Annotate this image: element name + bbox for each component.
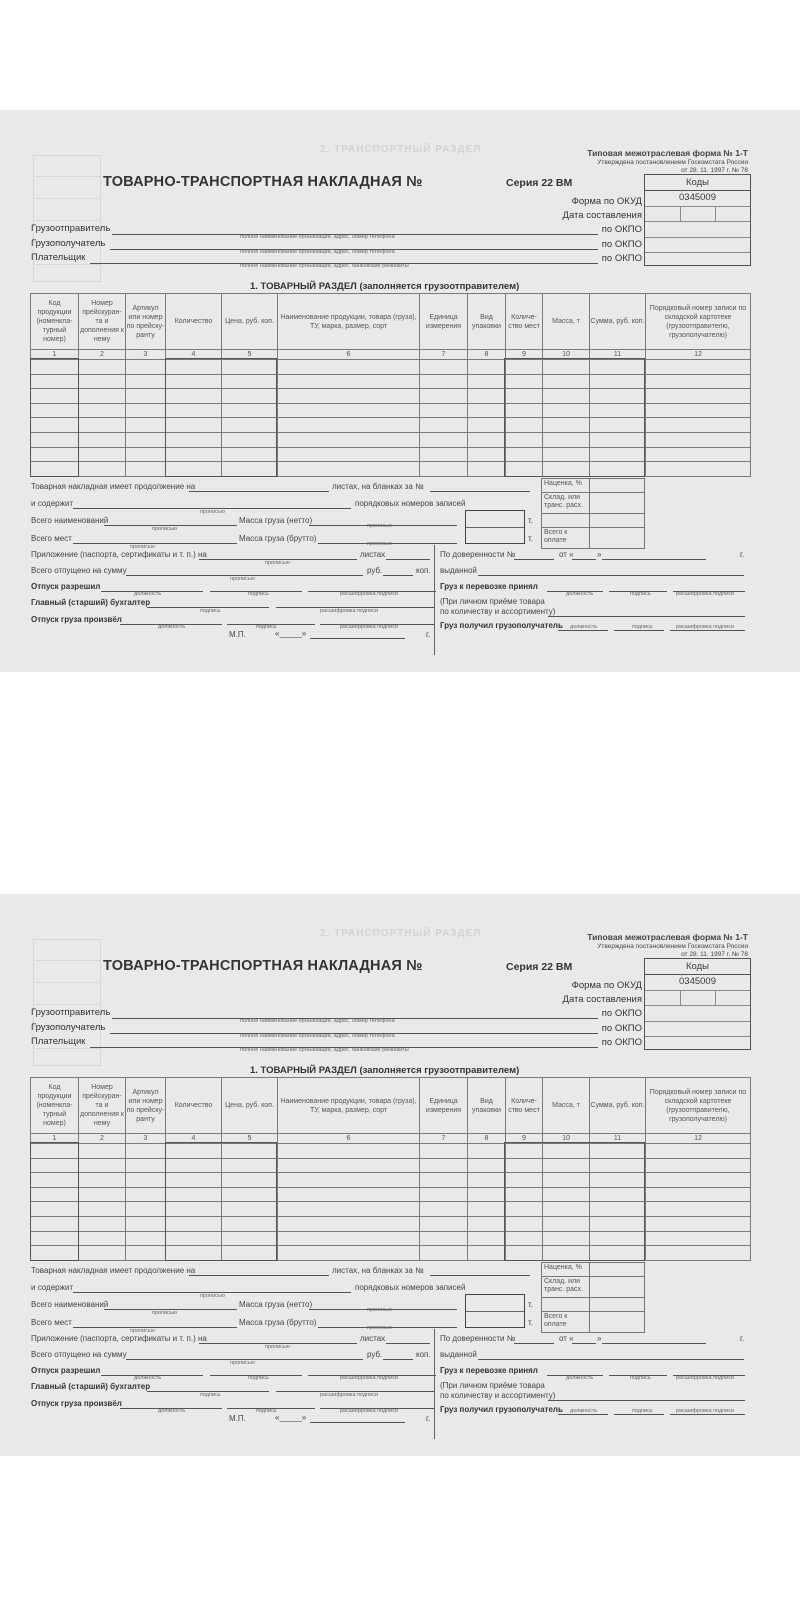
blank-number-field[interactable] [430, 491, 530, 492]
table-cell[interactable] [646, 1158, 751, 1173]
position-hint-1: должность [134, 1375, 161, 1381]
position-hint-3: должность [158, 1408, 185, 1414]
poa-day-field[interactable] [572, 559, 596, 560]
table-cell[interactable] [79, 389, 126, 404]
table-cell[interactable] [468, 432, 506, 447]
table-cell[interactable] [31, 1144, 79, 1159]
warehouse-field[interactable] [590, 493, 645, 514]
table-cell[interactable] [166, 418, 222, 433]
table-cell[interactable] [222, 462, 278, 477]
okpo-payer-field[interactable] [645, 253, 750, 268]
in-words-hint-5: прописью [367, 1325, 392, 1331]
table-cell[interactable] [420, 1216, 468, 1231]
date-code-field[interactable] [645, 991, 750, 1007]
okpo-consignee-field[interactable] [645, 1022, 750, 1038]
poa-day-field[interactable] [572, 1343, 596, 1344]
table-cell[interactable] [222, 418, 278, 433]
total-places-field[interactable] [73, 1327, 237, 1328]
table-cell[interactable] [646, 1216, 751, 1231]
table-cell[interactable] [126, 418, 166, 433]
decode-hint-3: расшифровка подписи [340, 1408, 398, 1414]
received-signature-field[interactable] [614, 630, 664, 631]
column-header: Цена, руб. коп. [222, 1078, 278, 1134]
table-cell[interactable] [590, 462, 646, 477]
table-cell[interactable] [543, 403, 590, 418]
column-number: 11 [590, 350, 646, 360]
table-cell[interactable] [646, 432, 751, 447]
kop-field[interactable] [383, 1359, 413, 1360]
table-cell[interactable] [31, 389, 79, 404]
table-cell[interactable] [31, 1246, 79, 1261]
table-cell[interactable] [646, 447, 751, 462]
okpo-label-2: по ОКПО [602, 1023, 642, 1034]
table-cell[interactable] [646, 389, 751, 404]
column-number: 8 [468, 1134, 506, 1144]
table-cell[interactable] [543, 1187, 590, 1202]
table-cell[interactable] [506, 447, 543, 462]
table-cell[interactable] [590, 360, 646, 375]
table-cell[interactable] [420, 1231, 468, 1246]
table-cell[interactable] [590, 1231, 646, 1246]
decode-hint-1: расшифровка подписи [340, 1375, 398, 1381]
table-cell[interactable] [543, 1216, 590, 1231]
column-header: Код продукции (номенкла-турный номер) [31, 1078, 79, 1134]
column-number: 7 [420, 1134, 468, 1144]
mass-box[interactable] [465, 1294, 525, 1328]
table-cell[interactable] [126, 403, 166, 418]
table-cell[interactable] [166, 462, 222, 477]
column-header: Вид упаковки [468, 1078, 506, 1134]
table-cell[interactable] [79, 432, 126, 447]
table-cell[interactable] [506, 374, 543, 389]
okpo-consignee-field[interactable] [645, 238, 750, 254]
personal-receipt-line-1: (При личном приёме товара [440, 1381, 545, 1390]
table-cell[interactable] [646, 360, 751, 375]
table-cell[interactable] [590, 1246, 646, 1261]
table-row [31, 1187, 751, 1202]
table-cell[interactable] [468, 360, 506, 375]
table-cell[interactable] [126, 1173, 166, 1188]
table-cell[interactable] [506, 418, 543, 433]
table-cell[interactable] [166, 1173, 222, 1188]
poa-label: По доверенности № [440, 550, 515, 559]
table-cell[interactable] [278, 1246, 420, 1261]
table-cell[interactable] [222, 389, 278, 404]
table-cell[interactable] [543, 1202, 590, 1217]
total-places-field[interactable] [73, 543, 237, 544]
table-cell[interactable] [646, 1246, 751, 1261]
table-cell[interactable] [590, 1144, 646, 1159]
table-cell[interactable] [468, 403, 506, 418]
table-cell[interactable] [646, 462, 751, 477]
table-cell[interactable] [278, 389, 420, 404]
received-decode-field[interactable] [670, 630, 745, 631]
table-cell[interactable] [79, 1187, 126, 1202]
table-cell[interactable] [543, 1173, 590, 1188]
table-cell[interactable] [31, 1158, 79, 1173]
table-row [31, 447, 751, 462]
warehouse-field[interactable] [590, 1277, 645, 1298]
continuation-sheets-field[interactable] [189, 1275, 329, 1276]
poa-year-label: г. [740, 1334, 744, 1343]
table-cell[interactable] [126, 1187, 166, 1202]
table-cell[interactable] [222, 1231, 278, 1246]
table-cell[interactable] [166, 447, 222, 462]
table-cell[interactable] [506, 403, 543, 418]
table-cell[interactable] [590, 1173, 646, 1188]
table-row [31, 418, 751, 433]
total-pay-field[interactable] [590, 1312, 645, 1333]
table-cell[interactable] [543, 447, 590, 462]
table-cell[interactable] [506, 1202, 543, 1217]
table-row [31, 1246, 751, 1261]
table-cell[interactable] [166, 432, 222, 447]
table-cell[interactable] [506, 1231, 543, 1246]
table-cell[interactable] [79, 462, 126, 477]
table-cell[interactable] [278, 418, 420, 433]
table-cell[interactable] [468, 447, 506, 462]
stamp-date-day[interactable]: «_____» [275, 629, 306, 638]
table-cell[interactable] [278, 374, 420, 389]
table-cell[interactable] [420, 360, 468, 375]
personal-receipt-field[interactable] [548, 616, 745, 617]
table-cell[interactable] [166, 1187, 222, 1202]
table-cell[interactable] [506, 1187, 543, 1202]
table-cell[interactable] [468, 389, 506, 404]
blank-number-field[interactable] [430, 1275, 530, 1276]
table-cell[interactable] [79, 1202, 126, 1217]
table-cell[interactable] [79, 1231, 126, 1246]
table-cell[interactable] [468, 462, 506, 477]
table-cell[interactable] [468, 1187, 506, 1202]
poa-from-label: от « [559, 1334, 574, 1343]
table-cell[interactable] [166, 360, 222, 375]
table-cell[interactable] [222, 447, 278, 462]
table-cell[interactable] [506, 389, 543, 404]
payer-label: Плательщик [31, 252, 85, 263]
table-cell[interactable] [646, 1173, 751, 1188]
table-cell[interactable] [590, 374, 646, 389]
table-cell[interactable] [126, 1231, 166, 1246]
okpo-label-1: по ОКПО [602, 1008, 642, 1019]
table-cell[interactable] [506, 1173, 543, 1188]
table-cell[interactable] [222, 1187, 278, 1202]
in-words-hint-6: прописью [265, 1344, 290, 1350]
table-cell[interactable] [166, 374, 222, 389]
table-cell[interactable] [222, 1216, 278, 1231]
table-cell[interactable] [506, 1158, 543, 1173]
table-cell[interactable] [126, 1144, 166, 1159]
table-cell[interactable] [590, 403, 646, 418]
table-cell[interactable] [79, 1158, 126, 1173]
table-cell[interactable] [506, 432, 543, 447]
consignee-label: Грузополучатель [31, 1022, 105, 1033]
column-number: 6 [278, 1134, 420, 1144]
table-cell[interactable] [31, 1202, 79, 1217]
table-cell[interactable] [126, 389, 166, 404]
table-cell[interactable] [166, 1216, 222, 1231]
table-cell[interactable] [79, 1144, 126, 1159]
table-cell[interactable] [222, 1173, 278, 1188]
attachment-label: Приложение (паспорта, сертификаты и т. п… [31, 1334, 207, 1343]
vertical-divider [434, 1329, 435, 1439]
column-number: 7 [420, 350, 468, 360]
table-cell[interactable] [126, 462, 166, 477]
poa-date-field[interactable] [602, 1343, 706, 1344]
decode-hint-2: расшифровка подписи [320, 1392, 378, 1398]
table-cell[interactable] [278, 360, 420, 375]
table-cell[interactable] [590, 1202, 646, 1217]
issued-field[interactable] [478, 575, 744, 576]
table-cell[interactable] [590, 1216, 646, 1231]
records-label: порядковых номеров записей [355, 499, 465, 508]
table-cell[interactable] [278, 403, 420, 418]
total-sum-label: Всего отпущено на сумму [31, 1350, 127, 1359]
column-number: 4 [166, 1134, 222, 1144]
attachment-sheets-field[interactable] [386, 559, 430, 560]
table-cell[interactable] [543, 1231, 590, 1246]
table-cell[interactable] [646, 374, 751, 389]
table-cell[interactable] [222, 1158, 278, 1173]
table-cell[interactable] [126, 1246, 166, 1261]
table-cell[interactable] [31, 1216, 79, 1231]
table-cell[interactable] [420, 1246, 468, 1261]
table-cell[interactable] [31, 403, 79, 418]
table-cell[interactable] [31, 374, 79, 389]
shipper-label: Грузоотправитель [31, 1007, 110, 1018]
table-cell[interactable] [646, 1231, 751, 1246]
column-header: Порядковый номер записи по складской кар… [646, 1078, 751, 1134]
stamp-date-field[interactable] [310, 1422, 405, 1423]
table-cell[interactable] [506, 462, 543, 477]
table-cell[interactable] [126, 432, 166, 447]
kop-field[interactable] [383, 575, 413, 576]
personal-receipt-field[interactable] [548, 1400, 745, 1401]
table-cell[interactable] [31, 360, 79, 375]
table-cell[interactable] [543, 389, 590, 404]
date-code-field[interactable] [645, 207, 750, 223]
table-cell[interactable] [278, 1216, 420, 1231]
table-cell[interactable] [590, 1158, 646, 1173]
total-pay-field[interactable] [590, 528, 645, 549]
issued-field[interactable] [478, 1359, 744, 1360]
table-cell[interactable] [166, 1246, 222, 1261]
table-cell[interactable] [420, 432, 468, 447]
table-cell[interactable] [166, 389, 222, 404]
table-cell[interactable] [543, 418, 590, 433]
table-cell[interactable] [506, 1216, 543, 1231]
table-cell[interactable] [468, 1216, 506, 1231]
table-cell[interactable] [543, 1246, 590, 1261]
markup-field[interactable] [590, 479, 645, 493]
column-number: 12 [646, 350, 751, 360]
table-cell[interactable] [222, 374, 278, 389]
column-number: 1 [31, 350, 79, 360]
table-cell[interactable] [590, 389, 646, 404]
table-cell[interactable] [543, 1144, 590, 1159]
table-cell[interactable] [126, 1158, 166, 1173]
okpo-shipper-field[interactable] [645, 222, 750, 238]
table-cell[interactable] [506, 1144, 543, 1159]
poa-date-field[interactable] [602, 559, 706, 560]
goods-table: Код продукции (номенкла-турный номер)Ном… [30, 1077, 751, 1261]
ton-label-1: т. [528, 1300, 533, 1309]
table-cell[interactable] [646, 403, 751, 418]
table-cell[interactable] [420, 1173, 468, 1188]
table-cell[interactable] [126, 1202, 166, 1217]
consignee-label: Грузополучатель [31, 238, 105, 249]
mass-net-label: Масса груза (нетто) [239, 516, 312, 525]
okpo-payer-field[interactable] [645, 1037, 750, 1052]
table-cell[interactable] [590, 418, 646, 433]
table-cell[interactable] [468, 418, 506, 433]
table-cell[interactable] [468, 374, 506, 389]
table-cell[interactable] [468, 1231, 506, 1246]
okud-code-field[interactable]: 0345009 [645, 975, 750, 991]
table-cell[interactable] [543, 360, 590, 375]
table-cell[interactable] [646, 1144, 751, 1159]
table-cell[interactable] [420, 418, 468, 433]
table-cell[interactable] [79, 360, 126, 375]
table-cell[interactable] [468, 1246, 506, 1261]
table-cell[interactable] [420, 1187, 468, 1202]
table-cell[interactable] [31, 1187, 79, 1202]
table-cell[interactable] [590, 432, 646, 447]
table-cell[interactable] [506, 360, 543, 375]
attachment-sheets-field[interactable] [386, 1343, 430, 1344]
table-cell[interactable] [31, 447, 79, 462]
table-cell[interactable] [79, 1173, 126, 1188]
table-cell[interactable] [278, 1144, 420, 1159]
table-cell[interactable] [506, 1246, 543, 1261]
table-cell[interactable] [79, 403, 126, 418]
table-cell[interactable] [222, 1202, 278, 1217]
in-words-hint-1: прописью [200, 1293, 225, 1299]
received-decode-field[interactable] [670, 1414, 745, 1415]
table-cell[interactable] [646, 1202, 751, 1217]
table-cell[interactable] [590, 447, 646, 462]
table-cell[interactable] [468, 1202, 506, 1217]
signature-hint-5: подпись [632, 624, 653, 630]
table-row [31, 432, 751, 447]
table-cell[interactable] [166, 1144, 222, 1159]
decode-hint-2: расшифровка подписи [320, 608, 378, 614]
table-cell[interactable] [166, 1158, 222, 1173]
table-cell[interactable] [79, 1246, 126, 1261]
table-cell[interactable] [646, 418, 751, 433]
stamp-date-day[interactable]: «_____» [275, 1413, 306, 1422]
table-cell[interactable] [31, 418, 79, 433]
table-cell[interactable] [126, 447, 166, 462]
table-cell[interactable] [278, 462, 420, 477]
mass-box[interactable] [465, 510, 525, 544]
okud-code-field[interactable]: 0345009 [645, 191, 750, 207]
table-cell[interactable] [126, 374, 166, 389]
table-cell[interactable] [420, 1158, 468, 1173]
table-cell[interactable] [222, 360, 278, 375]
continuation-sheets-field[interactable] [189, 491, 329, 492]
table-cell[interactable] [31, 1173, 79, 1188]
stamp-date-field[interactable] [310, 638, 405, 639]
table-cell[interactable] [222, 1246, 278, 1261]
total-names-label: Всего наименований [31, 1300, 108, 1309]
table-cell[interactable] [79, 374, 126, 389]
received-position-field[interactable] [558, 630, 608, 631]
table-cell[interactable] [278, 1231, 420, 1246]
table-cell[interactable] [278, 432, 420, 447]
table-cell[interactable] [278, 1187, 420, 1202]
table-cell[interactable] [79, 1216, 126, 1231]
table-cell[interactable] [420, 389, 468, 404]
table-cell[interactable] [590, 1187, 646, 1202]
poa-number-field[interactable] [514, 559, 554, 560]
table-cell[interactable] [278, 447, 420, 462]
empty-label [542, 514, 590, 528]
table-cell[interactable] [543, 374, 590, 389]
poa-number-field[interactable] [514, 1343, 554, 1344]
received-position-field[interactable] [558, 1414, 608, 1415]
table-cell[interactable] [126, 360, 166, 375]
table-cell[interactable] [543, 432, 590, 447]
okpo-shipper-field[interactable] [645, 1006, 750, 1022]
table-cell[interactable] [222, 403, 278, 418]
table-cell[interactable] [420, 403, 468, 418]
table-cell[interactable] [166, 403, 222, 418]
table-cell[interactable] [278, 1158, 420, 1173]
table-cell[interactable] [420, 447, 468, 462]
in-words-hint-7: прописью [230, 1360, 255, 1366]
table-cell[interactable] [468, 1173, 506, 1188]
table-cell[interactable] [222, 1144, 278, 1159]
column-number: 6 [278, 350, 420, 360]
column-header: Цена, руб. коп. [222, 294, 278, 350]
table-cell[interactable] [278, 1173, 420, 1188]
table-cell[interactable] [166, 1202, 222, 1217]
table-cell[interactable] [420, 462, 468, 477]
table-cell[interactable] [31, 432, 79, 447]
extra-field[interactable] [590, 1298, 645, 1312]
markup-field[interactable] [590, 1263, 645, 1277]
table-cell[interactable] [31, 462, 79, 477]
table-cell[interactable] [468, 1158, 506, 1173]
table-cell[interactable] [543, 1158, 590, 1173]
table-cell[interactable] [420, 1202, 468, 1217]
table-cell[interactable] [166, 1231, 222, 1246]
table-cell[interactable] [468, 1144, 506, 1159]
chief-accountant-label: Главный (старший) бухгалтер [31, 1382, 150, 1391]
table-cell[interactable] [420, 374, 468, 389]
release-made-label: Отпуск груза произвёл [31, 1399, 122, 1408]
table-cell[interactable] [79, 418, 126, 433]
table-cell[interactable] [420, 1144, 468, 1159]
continuation-label: Товарная накладная имеет продолжение на [31, 482, 195, 491]
received-signature-field[interactable] [614, 1414, 664, 1415]
extra-field[interactable] [590, 514, 645, 528]
table-cell[interactable] [126, 1216, 166, 1231]
in-words-hint-3: прописью [367, 523, 392, 529]
table-cell[interactable] [222, 432, 278, 447]
table-cell[interactable] [646, 1187, 751, 1202]
table-cell[interactable] [543, 462, 590, 477]
stamp-label: М.П. [229, 630, 246, 639]
in-words-hint-5: прописью [367, 541, 392, 547]
column-number: 10 [543, 1134, 590, 1144]
table-cell[interactable] [31, 1231, 79, 1246]
poa-close-quote: » [597, 550, 601, 559]
position-hint-5: должность [570, 624, 597, 630]
table-cell[interactable] [79, 447, 126, 462]
table-cell[interactable] [278, 1202, 420, 1217]
